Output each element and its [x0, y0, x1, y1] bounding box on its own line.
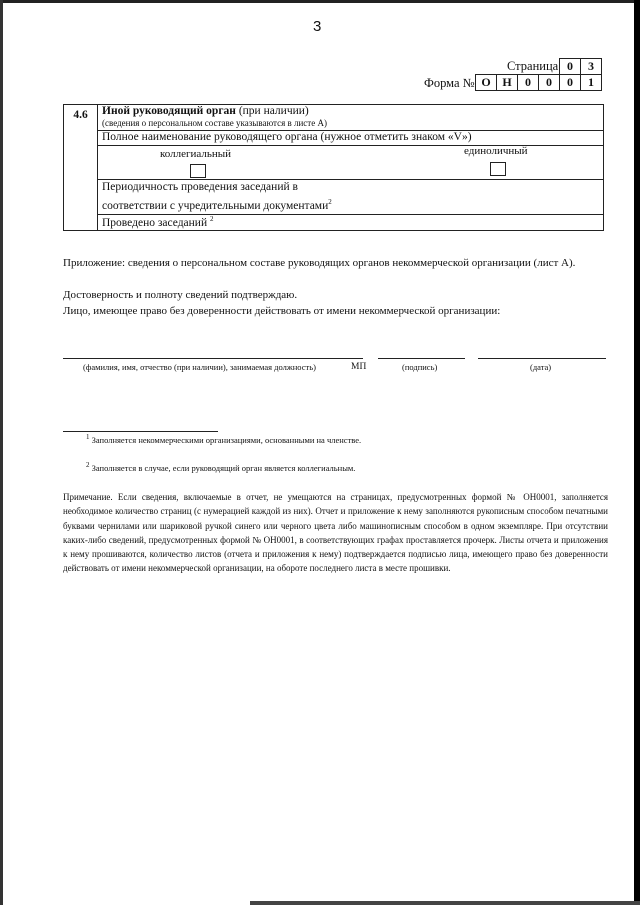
footnote-mark: 2	[86, 461, 90, 469]
confirm-text: Достоверность и полноту сведений подтвер…	[63, 289, 297, 301]
date-caption: (дата)	[530, 362, 551, 372]
page-number: 3	[313, 18, 321, 35]
footnote-ref: 2	[328, 198, 332, 206]
meetings-field[interactable]: Проведено заседаний 2	[98, 214, 604, 230]
periodicity-field[interactable]: Периодичность проведения заседаний в соо…	[98, 180, 604, 215]
sole-label: единоличный	[464, 145, 528, 157]
scan-edge-right	[634, 0, 640, 905]
sole-checkbox[interactable]	[490, 162, 506, 176]
name-signature-line[interactable]	[63, 358, 363, 359]
section-subtitle: (сведения о персональном составе указыва…	[102, 118, 599, 128]
periodicity-label-line1: Периодичность проведения заседаний в	[102, 181, 298, 193]
footnote-text: Заполняется некоммерческими организациям…	[92, 435, 362, 445]
page-digit: 0	[559, 58, 581, 75]
footnote-text: Заполняется в случае, если руководящий о…	[92, 463, 356, 473]
page-code-cells: 0 3	[560, 58, 602, 75]
signature-caption: (подпись)	[402, 362, 437, 372]
footnote-mark: 1	[86, 433, 90, 441]
name-caption: (фамилия, имя, отчество (при наличии), з…	[83, 362, 316, 372]
footnote-ref: 2	[210, 215, 214, 223]
attachment-text: Приложение: сведения о персональном сост…	[63, 257, 575, 269]
scan-edge-top	[0, 0, 640, 3]
section-title-suffix: (при наличии)	[236, 105, 309, 117]
section-header: Иной руководящий орган (при наличии) (св…	[98, 105, 604, 131]
footnote-2: 2 Заполняется в случае, если руководящий…	[86, 461, 355, 473]
stamp-caption: МП	[351, 362, 366, 372]
form-digit: 0	[538, 74, 560, 91]
form-digit: О	[475, 74, 497, 91]
page-digit: 3	[580, 58, 602, 75]
section-number: 4.6	[64, 105, 98, 231]
periodicity-label-line2: соответствии с учредительными документам…	[102, 200, 328, 212]
collegial-label: коллегиальный	[160, 148, 231, 160]
section-4-6-table: 4.6 Иной руководящий орган (при наличии)…	[63, 104, 604, 231]
form-digit: Н	[496, 74, 518, 91]
note-paragraph: Примечание. Если сведения, включаемые в …	[63, 490, 608, 576]
authorized-person-text: Лицо, имеющее право без доверенности дей…	[63, 305, 500, 317]
organ-type-choice: коллегиальный единоличный	[98, 146, 604, 180]
date-line[interactable]	[478, 358, 606, 359]
form-digit: 0	[559, 74, 581, 91]
scan-edge-left	[0, 0, 3, 905]
scan-edge-bottom	[250, 901, 640, 905]
footnote-divider	[63, 431, 218, 432]
meetings-label: Проведено заседаний	[102, 217, 210, 229]
form-digit: 0	[517, 74, 539, 91]
collegial-checkbox[interactable]	[190, 164, 206, 178]
page-label: Страница	[507, 59, 558, 74]
form-label: Форма №	[424, 76, 475, 91]
form-code-cells: О Н 0 0 0 1	[476, 74, 602, 91]
form-digit: 1	[580, 74, 602, 91]
signature-line[interactable]	[378, 358, 465, 359]
full-name-label: Полное наименование руководящего органа …	[98, 131, 604, 146]
section-title: Иной руководящий орган	[102, 105, 236, 117]
footnote-1: 1 Заполняется некоммерческими организаци…	[86, 433, 361, 445]
